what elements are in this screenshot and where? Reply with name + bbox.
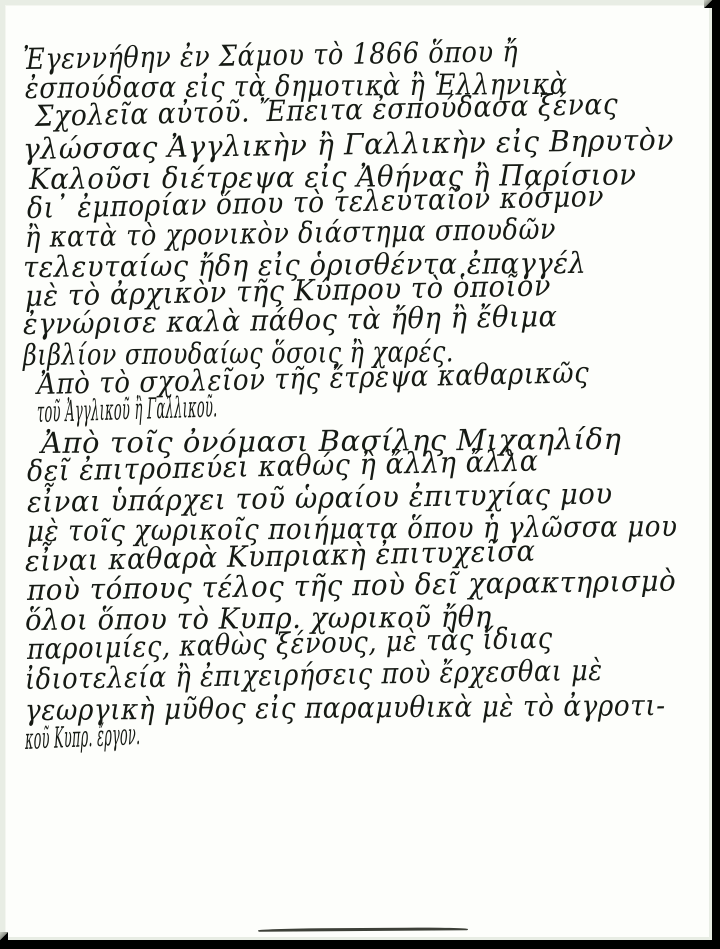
manuscript-text: Ἐγεννήθην ἐν Σάμου τὸ 1866 ὅπου ἤἐσπούδα… bbox=[23, 45, 703, 731]
corner-fold-icon bbox=[0, 932, 8, 940]
manuscript-line: τοῦ Ἀγγλικοῦ ἢ Γαλλικοῦ. bbox=[37, 389, 337, 427]
corner-fold-icon bbox=[704, 0, 712, 8]
document-frame: Ἐγεννήθην ἐν Σάμου τὸ 1866 ὅπου ἤἐσπούδα… bbox=[0, 0, 712, 940]
manuscript-line: ἐγνώρισε καλὰ πάθος τὰ ἤθη ἢ ἔθιμα bbox=[23, 301, 663, 339]
manuscript-line: ποὺ τόπους τέλος τῆς ποὺ δεῖ χαρακτηρισμ… bbox=[27, 566, 672, 604]
manuscript-page: Ἐγεννήθην ἐν Σάμου τὸ 1866 ὅπου ἤἐσπούδα… bbox=[5, 5, 709, 937]
